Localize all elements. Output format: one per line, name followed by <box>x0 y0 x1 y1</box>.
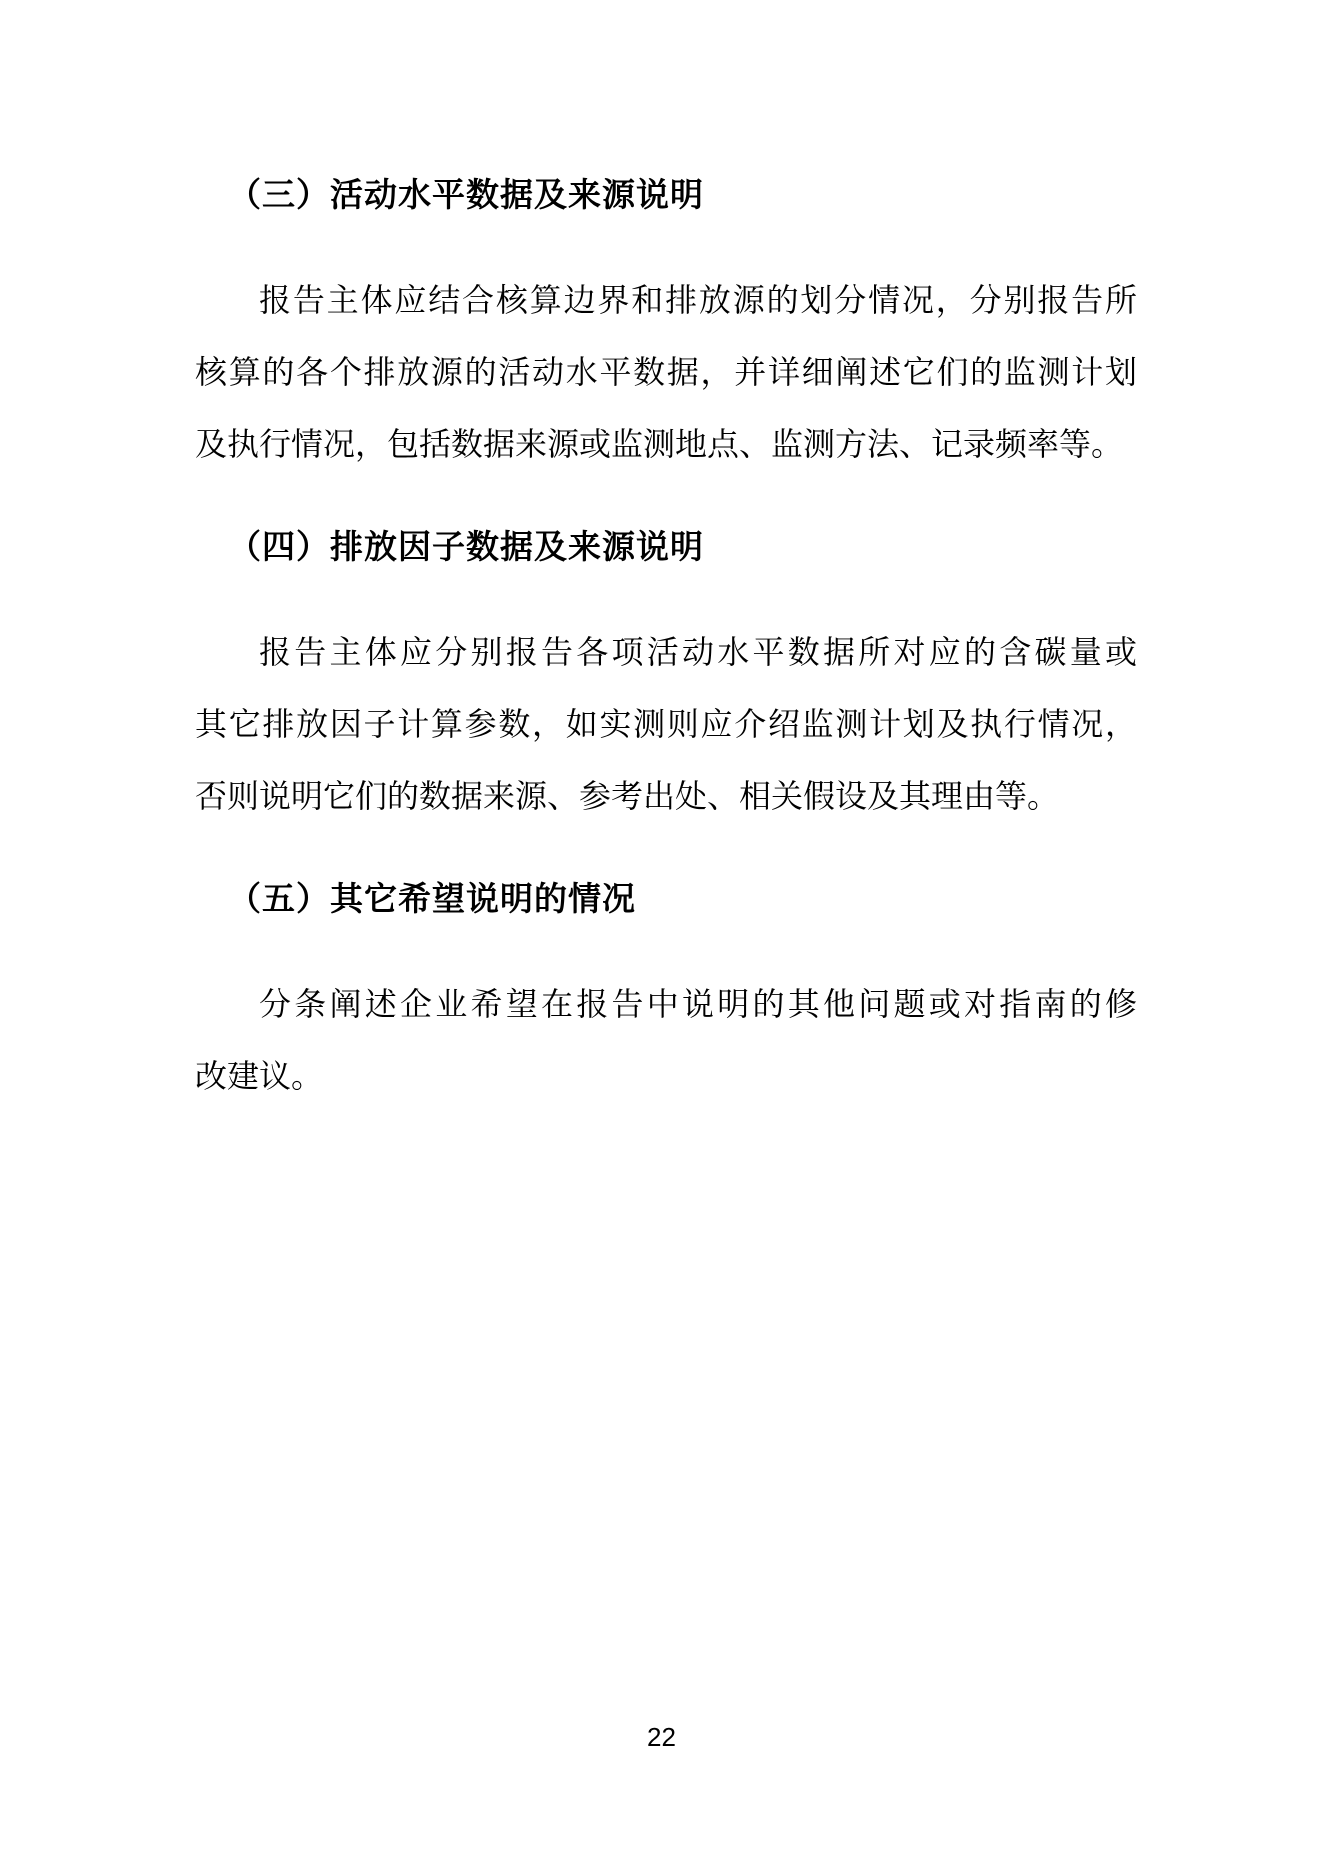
section-paragraph: 报告主体应分别报告各项活动水平数据所对应的含碳量或其它排放因子计算参数，如实测则… <box>195 616 1137 832</box>
text-line: 分条阐述企业希望在报告中说明的其他问题或对指南的修 <box>195 968 1137 1040</box>
page-content: （三）活动水平数据及来源说明 报告主体应结合核算边界和排放源的划分情况，分别报告… <box>0 0 1323 1112</box>
section-activity-data: （三）活动水平数据及来源说明 报告主体应结合核算边界和排放源的划分情况，分别报告… <box>195 160 1137 480</box>
section-emission-factor-data: （四）排放因子数据及来源说明 报告主体应分别报告各项活动水平数据所对应的含碳量或… <box>195 512 1137 832</box>
section-paragraph: 报告主体应结合核算边界和排放源的划分情况，分别报告所核算的各个排放源的活动水平数… <box>195 264 1137 480</box>
section-heading: （三）活动水平数据及来源说明 <box>195 160 1137 232</box>
section-other-remarks: （五）其它希望说明的情况 分条阐述企业希望在报告中说明的其他问题或对指南的修改建… <box>195 864 1137 1112</box>
page-number: 22 <box>647 1722 676 1752</box>
section-heading: （五）其它希望说明的情况 <box>195 864 1137 936</box>
text-line: 否则说明它们的数据来源、参考出处、相关假设及其理由等。 <box>195 760 1137 832</box>
text-line: 改建议。 <box>195 1040 1137 1112</box>
text-line: 其它排放因子计算参数，如实测则应介绍监测计划及执行情况， <box>195 688 1137 760</box>
text-line: 核算的各个排放源的活动水平数据，并详细阐述它们的监测计划 <box>195 336 1137 408</box>
text-line: 报告主体应分别报告各项活动水平数据所对应的含碳量或 <box>195 616 1137 688</box>
text-line: 报告主体应结合核算边界和排放源的划分情况，分别报告所 <box>195 264 1137 336</box>
section-paragraph: 分条阐述企业希望在报告中说明的其他问题或对指南的修改建议。 <box>195 968 1137 1112</box>
text-line: 及执行情况，包括数据来源或监测地点、监测方法、记录频率等。 <box>195 408 1137 480</box>
document-page: （三）活动水平数据及来源说明 报告主体应结合核算边界和排放源的划分情况，分别报告… <box>0 0 1323 1871</box>
page-footer: 22 <box>0 1722 1323 1753</box>
section-heading: （四）排放因子数据及来源说明 <box>195 512 1137 584</box>
